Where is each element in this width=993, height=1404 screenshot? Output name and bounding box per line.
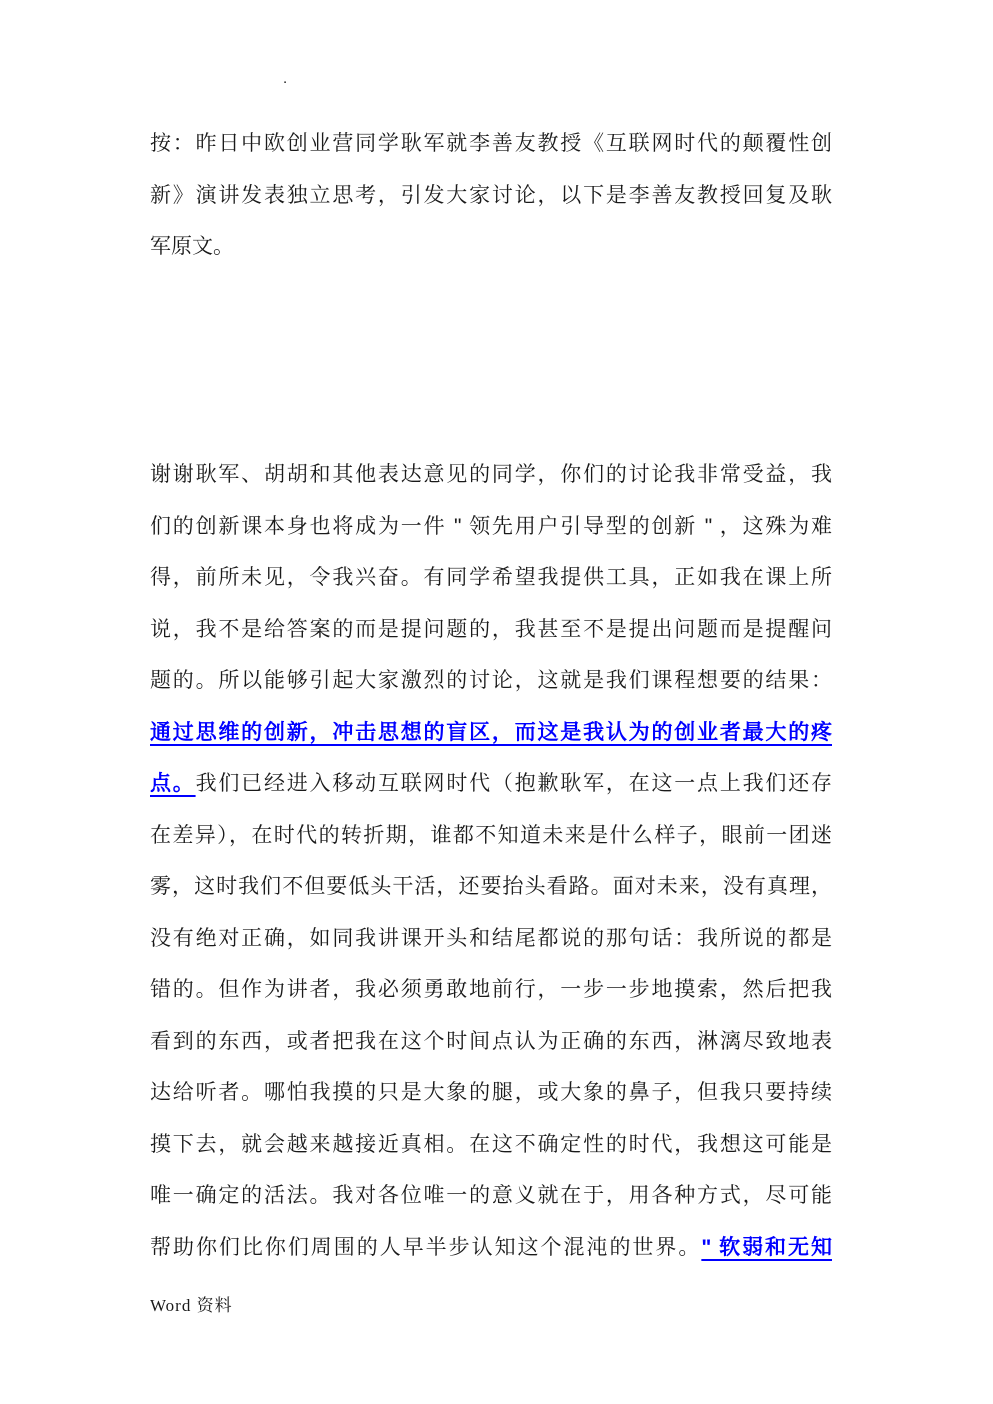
footer-watermark: Word 资料 bbox=[150, 1291, 233, 1316]
body-text: 谢谢耿军、胡胡和其他表达意见的同学，你们的讨论我非常受益，我 bbox=[150, 463, 832, 486]
body-text: 错的。但作为讲者，我必须勇敢地前行，一步一步地摸索，然后把我 bbox=[150, 978, 832, 1001]
body-text: 军原文。 bbox=[150, 235, 234, 258]
body-text: 在差异），在时代的转折期，谁都不知道未来是什么样子，眼前一团迷 bbox=[150, 824, 832, 847]
body-text: 得，前所未见，令我兴奋。有同学希望我提供工具，正如我在课上所 bbox=[150, 566, 832, 589]
text-line: 新》演讲发表独立思考，引发大家讨论，以下是李善友教授回复及耿 bbox=[150, 170, 832, 222]
body-text: 帮助你们比你们周围的人早半步认知这个混沌的世界。 bbox=[150, 1236, 701, 1259]
hyperlink-text[interactable]: 点。 bbox=[150, 772, 196, 795]
body-text: 题的。所以能够引起大家激烈的讨论，这就是我们课程想要的结果： bbox=[150, 669, 832, 692]
body-text: 我们已经进入移动互联网时代（抱歉耿军，在这一点上我们还存 bbox=[196, 772, 832, 795]
text-line: 通过思维的创新，冲击思想的盲区，而这是我认为的创业者最大的疼 bbox=[150, 707, 832, 759]
text-line: 说，我不是给答案的而是提问题的，我甚至不是提出问题而是提醒问 bbox=[150, 604, 832, 656]
body-text: 摸下去，就会越来越接近真相。在这不确定性的时代，我想这可能是 bbox=[150, 1133, 832, 1156]
text-line: 们的创新课本身也将成为一件 " 领先用户引导型的创新 " ，这殊为难 bbox=[150, 501, 832, 553]
body-text: 说，我不是给答案的而是提问题的，我甚至不是提出问题而是提醒问 bbox=[150, 618, 832, 641]
stray-period: . bbox=[283, 70, 287, 87]
body-text: 唯一确定的活法。我对各位唯一的意义就在于，用各种方式，尽可能 bbox=[150, 1184, 832, 1207]
text-line: 得，前所未见，令我兴奋。有同学希望我提供工具，正如我在课上所 bbox=[150, 552, 832, 604]
hyperlink-text[interactable]: 通过思维的创新，冲击思想的盲区，而这是我认为的创业者最大的疼 bbox=[150, 721, 832, 744]
body-text: 新》演讲发表独立思考，引发大家讨论，以下是李善友教授回复及耿 bbox=[150, 184, 832, 207]
body-paragraph: 谢谢耿军、胡胡和其他表达意见的同学，你们的讨论我非常受益，我们的创新课本身也将成… bbox=[150, 449, 832, 1273]
body-text: 看到的东西，或者把我在这个时间点认为正确的东西，淋漓尽致地表 bbox=[150, 1030, 832, 1053]
text-line: 达给听者。哪怕我摸的只是大象的腿，或大象的鼻子，但我只要持续 bbox=[150, 1067, 832, 1119]
body-text: 没有绝对正确，如同我讲课开头和结尾都说的那句话：我所说的都是 bbox=[150, 927, 832, 950]
text-line: 雾，这时我们不但要低头干活，还要抬头看路。面对未来，没有真理， bbox=[150, 861, 832, 913]
text-line: 谢谢耿军、胡胡和其他表达意见的同学，你们的讨论我非常受益，我 bbox=[150, 449, 832, 501]
text-line: 唯一确定的活法。我对各位唯一的意义就在于，用各种方式，尽可能 bbox=[150, 1170, 832, 1222]
body-text: 雾，这时我们不但要低头干活，还要抬头看路。面对未来，没有真理， bbox=[150, 875, 832, 898]
body-text: 按：昨日中欧创业营同学耿军就李善友教授《互联网时代的颠覆性创 bbox=[150, 132, 832, 155]
text-line: 看到的东西，或者把我在这个时间点认为正确的东西，淋漓尽致地表 bbox=[150, 1016, 832, 1068]
text-line: 题的。所以能够引起大家激烈的讨论，这就是我们课程想要的结果： bbox=[150, 655, 832, 707]
text-line: 军原文。 bbox=[150, 221, 832, 273]
body-text: 达给听者。哪怕我摸的只是大象的腿，或大象的鼻子，但我只要持续 bbox=[150, 1081, 832, 1104]
text-line: 没有绝对正确，如同我讲课开头和结尾都说的那句话：我所说的都是 bbox=[150, 913, 832, 965]
text-line: 在差异），在时代的转折期，谁都不知道未来是什么样子，眼前一团迷 bbox=[150, 810, 832, 862]
text-line: 按：昨日中欧创业营同学耿军就李善友教授《互联网时代的颠覆性创 bbox=[150, 118, 832, 170]
hyperlink-text[interactable]: " 软弱和无知 bbox=[701, 1236, 832, 1259]
document-page: . 按：昨日中欧创业营同学耿军就李善友教授《互联网时代的颠覆性创新》演讲发表独立… bbox=[0, 0, 993, 1404]
intro-paragraph: 按：昨日中欧创业营同学耿军就李善友教授《互联网时代的颠覆性创新》演讲发表独立思考… bbox=[150, 118, 832, 273]
text-line: 点。我们已经进入移动互联网时代（抱歉耿军，在这一点上我们还存 bbox=[150, 758, 832, 810]
text-line: 错的。但作为讲者，我必须勇敢地前行，一步一步地摸索，然后把我 bbox=[150, 964, 832, 1016]
text-line: 摸下去，就会越来越接近真相。在这不确定性的时代，我想这可能是 bbox=[150, 1119, 832, 1171]
text-line: 帮助你们比你们周围的人早半步认知这个混沌的世界。" 软弱和无知 bbox=[150, 1222, 832, 1274]
body-text: 们的创新课本身也将成为一件 " 领先用户引导型的创新 " ，这殊为难 bbox=[150, 515, 832, 538]
